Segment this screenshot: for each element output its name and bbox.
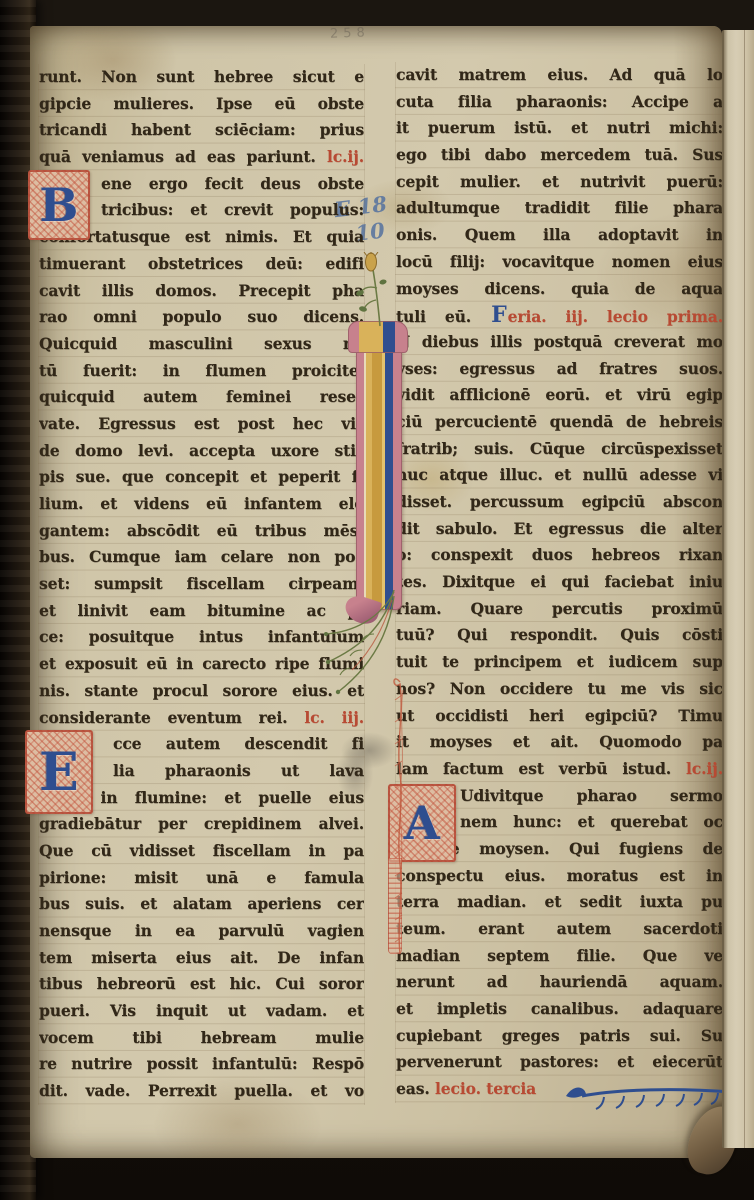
initial-letter-a: A (404, 796, 440, 850)
manuscript-text-line: adultumque tradidit filie phara (396, 195, 723, 222)
body-text: eas. (396, 1079, 435, 1098)
manuscript-text-line: rao omni populo suo dicens. (39, 304, 364, 331)
body-text: nis. stante procul sorore eius. et (39, 681, 364, 700)
manuscript-text-line: teum. erant autem sacerdoti (396, 916, 723, 943)
manuscript-text-line: quā veniamus ad eas pariunt. lc.ij. (39, 144, 364, 171)
body-text: et linivit eam bitumine ac pi (39, 601, 364, 620)
manuscript-text-line: N diebus illis postquā creverat mo (396, 329, 723, 356)
manuscript-text-line: runt. Non sunt hebree sicut e (39, 64, 364, 91)
body-text: Udivitque pharao sermo (460, 786, 723, 805)
manuscript-text-line: madian septem filie. Que ve (396, 943, 723, 970)
body-text: ego tibi dabo mercedem tuā. Sus (396, 145, 723, 164)
manuscript-text-line: terra madian. et sedit iuxta pu (396, 889, 723, 916)
body-text: Quicquid masculini sexus na (39, 334, 364, 353)
manuscript-text-line: tuli eū. Feria. iij. lecio prima. (396, 302, 723, 329)
manuscript-text-line: de domo levi. accepta uxore stir (39, 438, 364, 465)
body-text: locū filij: vocavitque nomen eius (396, 252, 723, 271)
manuscript-text-line: tuit te principem et iudicem sup (396, 649, 723, 676)
body-text: tū fuerit: in flumen proicite. (39, 361, 364, 380)
body-text: ciū percucientē quendā de hebreis (396, 412, 723, 431)
manuscript-text-line: onis. Quem illa adoptavit in (396, 222, 723, 249)
manuscript-text-line: gipcie mulieres. Ipse eū obste (39, 91, 364, 118)
folio-number-pencil: 258 (330, 25, 370, 41)
manuscript-text-line: tem miserta eius ait. De infan (39, 945, 364, 972)
body-text: ut occidisti heri egipciū? Timu (396, 706, 723, 725)
manuscript-text-line: eas. lecio. tercia (396, 1076, 723, 1103)
body-text: cce autem descendit fi (113, 734, 364, 753)
manuscript-text-line: nos? Non occidere tu me vis sic (396, 676, 723, 703)
rubric-text: lc.ij. (316, 147, 364, 166)
illuminated-initial-a: A (388, 784, 456, 862)
body-text: conspectu eius. moratus est in (396, 866, 723, 885)
manuscript-text-line: timuerant obstetrices deū: edifi (39, 251, 364, 278)
body-text: riam. Quare percutis proximū (396, 599, 723, 618)
body-text: gradiebātur per crepidinem alvei. (39, 814, 364, 833)
illuminated-initial-b: B (28, 170, 90, 240)
body-text: vocem tibi hebream mulie (39, 1028, 364, 1047)
manuscript-text-line: yses: egressus ad fratres suos. (396, 356, 723, 383)
body-text: set: sumpsit fiscellam cirpeam: (39, 574, 364, 593)
body-text: onis. Quem illa adoptavit in (396, 225, 723, 244)
body-text: terra madian. et sedit iuxta pu (396, 892, 723, 911)
body-text: nos? Non occidere tu me vis sic (396, 679, 723, 698)
body-text: nerunt ad hauriendā aquam. (396, 972, 723, 991)
body-text: vidit afflicionē eorū. et virū egip (396, 385, 723, 404)
manuscript-text-line: gradiebātur per crepidinem alvei. (39, 811, 364, 838)
illuminated-initial-i-gold-bar: I (356, 326, 402, 610)
manuscript-text-line: cavit illis domos. Precepit pha (39, 278, 364, 305)
body-text: cepit mulier. et nutrivit puerū: (396, 172, 723, 191)
body-text: pueri. Vis inquit ut vadam. et (39, 1001, 364, 1020)
manuscript-text-line: cepit mulier. et nutrivit puerū: (396, 169, 723, 196)
manuscript-text-line: it puerum istū. et nutri michi: (396, 115, 723, 142)
body-text: teum. erant autem sacerdoti (396, 919, 723, 938)
body-text: cuta filia pharaonis: Accipe a (396, 92, 723, 111)
manuscript-text-line: ciū percucientē quendā de hebreis (396, 409, 723, 436)
body-text: dit sabulo. Et egressus die alter (396, 519, 723, 538)
body-text: timuerant obstetrices deū: edifi (39, 254, 364, 273)
manuscript-text-line: cupiebant greges patris sui. Su (396, 1023, 723, 1050)
manuscript-text-line: nensque in ea parvulū vagien (39, 918, 364, 945)
manuscript-text-line: locū filij: vocavitque nomen eius (396, 249, 723, 276)
manuscript-text-line: pervenerunt pastores: et eiecerūt (396, 1049, 723, 1076)
body-text: disset. percussum egipciū abscon (396, 492, 723, 511)
manuscript-text-line: disset. percussum egipciū abscon (396, 489, 723, 516)
manuscript-text-line: tricandi habent sciēciam: prius (39, 117, 364, 144)
body-text: bus. Cumque iam celare non pos (39, 547, 364, 566)
initial-a-penwork-tail (388, 858, 402, 954)
fore-edge-page-stack (722, 30, 754, 1148)
parchment-page: 258 E 18 10 runt. Non sunt hebree sicut … (30, 26, 722, 1158)
manuscript-text-line: pis sue. que concepit et peperit fi (39, 464, 364, 491)
body-text: vate. Egressus est post hec vir (39, 414, 364, 433)
manuscript-text-line: bus. Cumque iam celare non pos (39, 544, 364, 571)
manuscript-text-line: pirione: misit unā e famula (39, 865, 364, 892)
manuscript-text-line: nerunt ad hauriendā aquam. (396, 969, 723, 996)
body-text: pervenerunt pastores: et eiecerūt (396, 1052, 723, 1071)
body-text: lam factum est verbū istud. (396, 759, 671, 778)
manuscript-text-line: tibus hebreorū est hic. Cui soror (39, 971, 364, 998)
rubric-text: lc. iij. (287, 708, 364, 727)
manuscript-text-line: vocem tibi hebream mulie (39, 1025, 364, 1052)
body-text: tuū? Qui respondit. Quis cōsti (396, 625, 723, 644)
manuscript-text-line: ut occidisti heri egipciū? Timu (396, 703, 723, 730)
body-text: tuit te principem et iudicem sup (396, 652, 723, 671)
body-text: fratrib; suis. Cūque circūspexisset (396, 439, 723, 458)
body-text: dit. vade. Perrexit puella. et vo (39, 1081, 364, 1100)
manuscript-page-photo: 258 E 18 10 runt. Non sunt hebree sicut … (0, 0, 754, 1200)
manuscript-text-line: riam. Quare percutis proximū (396, 596, 723, 623)
body-text: et exposuit eū in carecto ripe flumi (39, 654, 364, 673)
manuscript-text-line: vidit afflicionē eorū. et virū egip (396, 382, 723, 409)
body-text: gipcie mulieres. Ipse eū obste (39, 94, 364, 113)
body-text: lium. et videns eū infantem ele (39, 494, 364, 513)
body-text: N diebus illis postquā creverat mo (396, 332, 723, 351)
manuscript-text-line: considerante eventum rei. lc. iij. (39, 705, 364, 732)
body-text: nensque in ea parvulū vagien (39, 921, 364, 940)
body-text: yses: egressus ad fratres suos. (396, 359, 723, 378)
body-text: nem hunc: et querebat oc (460, 812, 723, 831)
manuscript-text-line: it moyses et ait. Quomodo pa (396, 729, 723, 756)
manuscript-text-line: cuta filia pharaonis: Accipe a (396, 89, 723, 116)
manuscript-text-line: moyses dicens. quia de aqua (396, 276, 723, 303)
body-text: tem miserta eius ait. De infan (39, 948, 364, 967)
manuscript-text-line: lium. et videns eū infantem ele (39, 491, 364, 518)
manuscript-text-line: nis. stante procul sorore eius. et (39, 678, 364, 705)
manuscript-text-line: dit. vade. Perrexit puella. et vo (39, 1078, 364, 1105)
body-text: Que cū vidisset fiscellam in pa (39, 841, 364, 860)
manuscript-text-line: Que cū vidisset fiscellam in pa (39, 838, 364, 865)
versal-initial: F (490, 302, 508, 328)
body-text: moyses dicens. quia de aqua (396, 279, 723, 298)
body-text: tricibus: et crevit populus: (101, 200, 364, 219)
manuscript-text-line: tes. Dixitque ei qui faciebat iniu (396, 569, 723, 596)
body-text: huc atque illuc. et nullū adesse vi (396, 465, 723, 484)
manuscript-text-line: ce: posuitque intus infantulum (39, 624, 364, 651)
initial-letter-e: E (39, 742, 79, 803)
body-text: it moyses et ait. Quomodo pa (396, 732, 723, 751)
manuscript-text-line: tuū? Qui respondit. Quis cōsti (396, 622, 723, 649)
body-text: et impletis canalibus. adaquare (396, 999, 723, 1018)
rubric-text: eria. iij. lecio prima. (508, 307, 723, 326)
manuscript-text-line: fratrib; suis. Cūque circūspexisset (396, 436, 723, 463)
manuscript-text-line: et exposuit eū in carecto ripe flumi (39, 651, 364, 678)
manuscript-text-line: tū fuerit: in flumen proicite. (39, 358, 364, 385)
manuscript-text-line: dit sabulo. Et egressus die alter (396, 516, 723, 543)
body-text: tuli eū. (396, 307, 490, 326)
body-text: lia pharaonis ut lava (113, 761, 364, 780)
body-text: cupiebant greges patris sui. Su (396, 1026, 723, 1045)
body-text: cavit illis domos. Precepit pha (39, 281, 364, 300)
body-text: pirione: misit unā e famula (39, 868, 364, 887)
manuscript-text-line: bus suis. et alatam aperiens cer (39, 891, 364, 918)
body-text: tibus hebreorū est hic. Cui soror (39, 974, 364, 993)
body-text: bus suis. et alatam aperiens cer (39, 894, 364, 913)
body-text: ce: posuitque intus infantulum (39, 627, 364, 646)
body-text: cavit matrem eius. Ad quā lo (396, 65, 723, 84)
body-text: considerante eventum rei. (39, 708, 287, 727)
body-text: o: conspexit duos hebreos rixan (396, 545, 723, 564)
rubric-text: lc.ij. (671, 759, 723, 778)
manuscript-text-line: vate. Egressus est post hec vir (39, 411, 364, 438)
body-text: re nutrire possit infantulū: Respō (39, 1054, 364, 1073)
manuscript-text-line: lam factum est verbū istud. lc.ij. (396, 756, 723, 783)
body-text: tricandi habent sciēciam: prius (39, 120, 364, 139)
manuscript-text-line: quicquid autem feminei reser (39, 384, 364, 411)
body-text: rao omni populo suo dicens. (39, 307, 364, 326)
illuminated-initial-e: E (25, 730, 93, 814)
initial-letter-b: B (40, 178, 79, 232)
body-text: adultumque tradidit filie phara (396, 198, 723, 217)
manuscript-text-line: cavit matrem eius. Ad quā lo (396, 62, 723, 89)
manuscript-text-line: huc atque illuc. et nullū adesse vi (396, 462, 723, 489)
body-text: quā veniamus ad eas pariunt. (39, 147, 316, 166)
initial-i-top-cap (348, 321, 408, 353)
body-text: tes. Dixitque ei qui faciebat iniu (396, 572, 723, 591)
manuscript-text-line: et linivit eam bitumine ac pi (39, 598, 364, 625)
manuscript-text-line: ego tibi dabo mercedem tuā. Sus (396, 142, 723, 169)
body-text: it puerum istū. et nutri michi: (396, 118, 723, 137)
manuscript-text-line: conspectu eius. moratus est in (396, 863, 723, 890)
manuscript-text-line: gantem: abscōdit eū tribus mēsi (39, 518, 364, 545)
rubric-text: lecio. tercia (435, 1079, 536, 1098)
body-text: ene ergo fecit deus obste (101, 174, 364, 193)
manuscript-text-line: pueri. Vis inquit ut vadam. et (39, 998, 364, 1025)
manuscript-text-line: o: conspexit duos hebreos rixan (396, 542, 723, 569)
right-text-column: cavit matrem eius. Ad quā locuta filia p… (395, 62, 724, 1103)
body-text: pis sue. que concepit et peperit fi (39, 467, 364, 486)
body-text: runt. Non sunt hebree sicut e (39, 67, 364, 86)
manuscript-text-line: set: sumpsit fiscellam cirpeam: (39, 571, 364, 598)
manuscript-text-line: et impletis canalibus. adaquare (396, 996, 723, 1023)
body-text: quicquid autem feminei reser (39, 387, 364, 406)
manuscript-text-line: re nutrire possit infantulū: Respō (39, 1051, 364, 1078)
body-text: gantem: abscōdit eū tribus mēsi (39, 521, 364, 540)
body-text: de domo levi. accepta uxore stir (39, 441, 364, 460)
body-text: madian septem filie. Que ve (396, 946, 723, 965)
manuscript-text-line: Quicquid masculini sexus na (39, 331, 364, 358)
